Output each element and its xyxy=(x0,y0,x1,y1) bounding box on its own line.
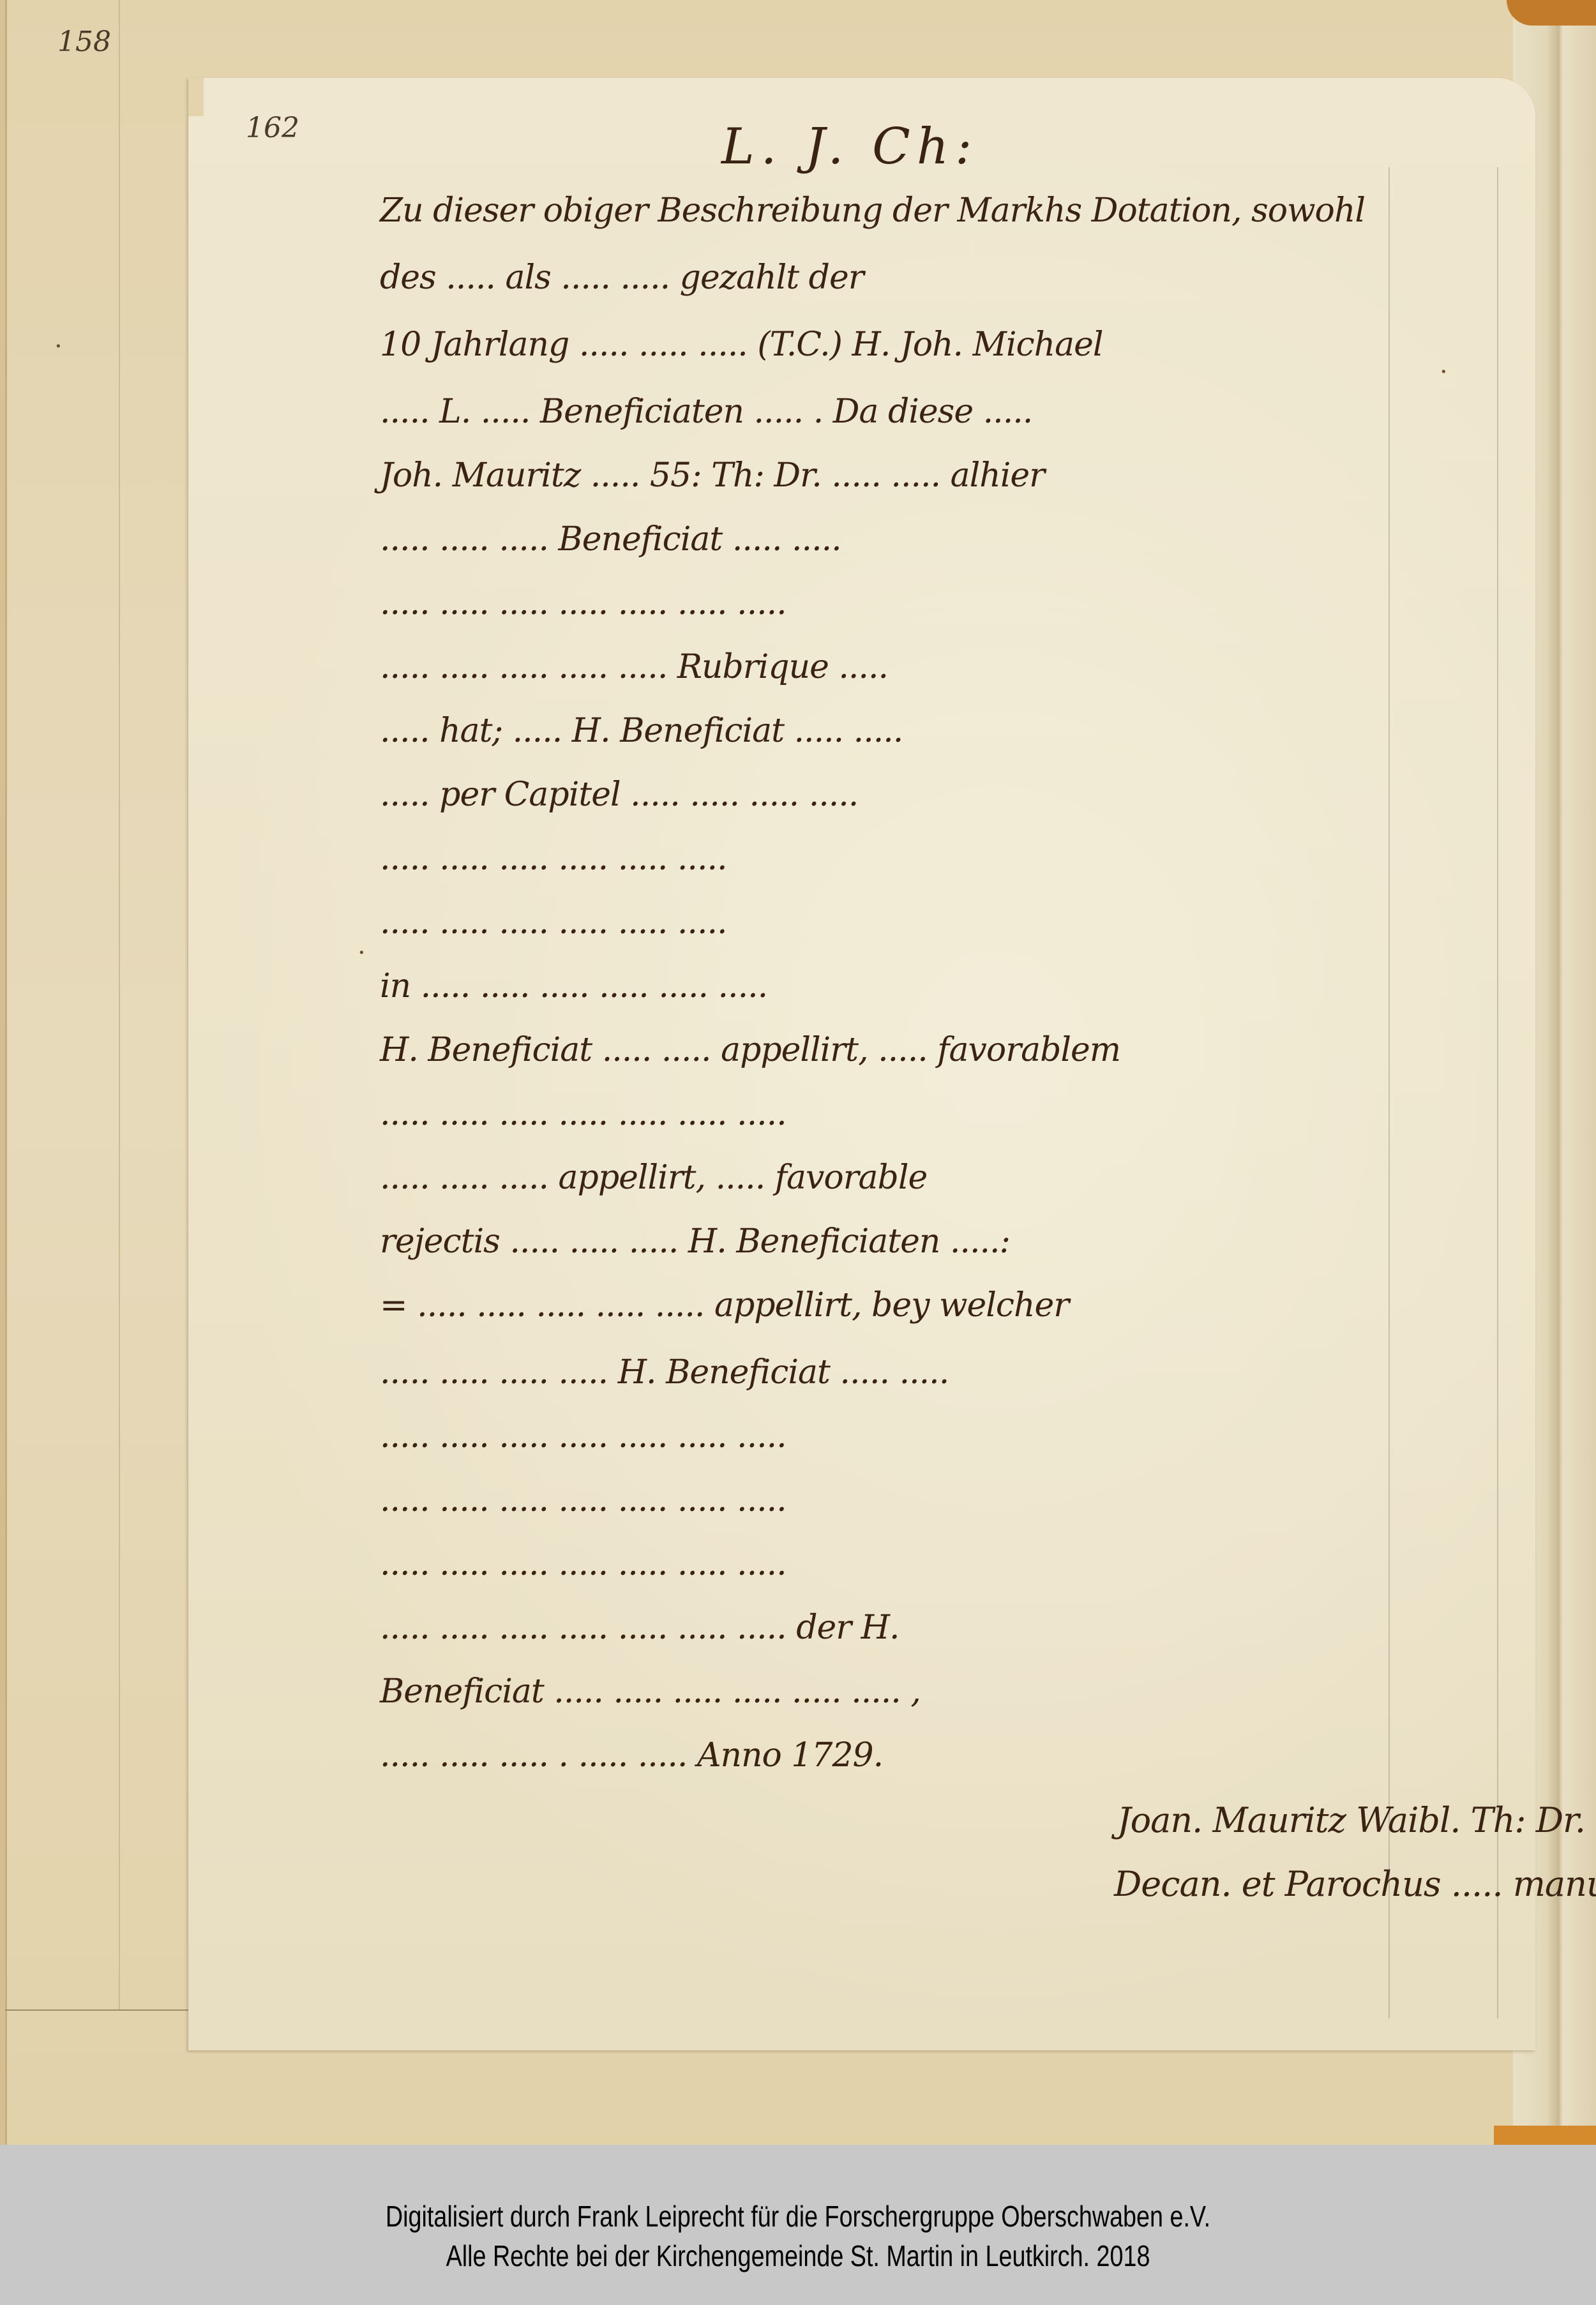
margin-ink-spot: · xyxy=(358,938,366,968)
text-line: ..... ..... ..... ..... ..... ..... xyxy=(380,903,727,942)
signature-title: Decan. et Parochus ..... manu xyxy=(1114,1864,1596,1904)
rights-notice: Alle Rechte bei der Kirchengemeinde St. … xyxy=(144,2239,1452,2273)
text-line: rejectis ..... ..... ..... H. Beneficiat… xyxy=(380,1222,1010,1261)
digitization-credit: Digitalisiert durch Frank Leiprecht für … xyxy=(144,2199,1452,2234)
text-line: des ..... als ..... ..... gezahlt der xyxy=(380,259,864,297)
old-folio-number: 158 xyxy=(57,26,111,58)
text-line: in ..... ..... ..... ..... ..... ..... xyxy=(380,967,767,1005)
text-line: ..... ..... ..... . ..... ..... Anno 172… xyxy=(380,1736,883,1775)
text-line: ..... ..... ..... ..... ..... ..... ....… xyxy=(380,1095,787,1133)
text-line: ..... ..... ..... ..... ..... ..... ....… xyxy=(380,1481,787,1519)
text-line: ..... hat; ..... H. Beneficiat ..... ...… xyxy=(380,712,903,750)
text-line: ..... ..... ..... ..... ..... ..... xyxy=(380,839,727,878)
text-line: ..... ..... ..... Beneficiat ..... ..... xyxy=(380,520,841,559)
background-corner xyxy=(1507,0,1596,26)
background-corner xyxy=(1494,2126,1596,2145)
text-line: ..... ..... ..... ..... ..... ..... ....… xyxy=(380,1545,787,1583)
text-line: ..... ..... ..... ..... ..... ..... ....… xyxy=(380,584,787,622)
text-line: ..... L. ..... Beneficiaten ..... . Da d… xyxy=(380,393,1032,431)
text-line: ..... ..... ..... ..... ..... Rubrique .… xyxy=(380,648,888,686)
text-line: ..... ..... ..... ..... H. Beneficiat ..… xyxy=(380,1353,949,1392)
ruling-line xyxy=(1497,167,1498,2018)
text-line: ..... ..... ..... ..... ..... ..... ....… xyxy=(380,1417,787,1455)
text-line: Zu dieser obiger Beschreibung der Markhs… xyxy=(380,191,1365,230)
page-heading: L. J. Ch: xyxy=(721,118,978,176)
text-line: 10 Jahrlang ..... ..... ..... (T.C.) H. … xyxy=(380,326,1103,364)
signature-name: Joan. Mauritz Waibl. Th: Dr. xyxy=(1117,1800,1585,1840)
text-line: H. Beneficiat ..... ..... appellirt, ...… xyxy=(380,1031,1120,1069)
margin-ink-spot: · xyxy=(1440,357,1448,387)
text-line: ..... per Capitel ..... ..... ..... ....… xyxy=(380,776,858,814)
margin-ink-spot: · xyxy=(54,332,63,361)
text-line: ..... ..... ..... appellirt, ..... favor… xyxy=(380,1159,927,1197)
text-line: Beneficiat ..... ..... ..... ..... .....… xyxy=(380,1672,921,1711)
text-line: = ..... ..... ..... ..... ..... appellir… xyxy=(380,1286,1069,1325)
folio-number: 162 xyxy=(246,112,299,144)
text-line: ..... ..... ..... ..... ..... ..... ....… xyxy=(380,1609,900,1647)
underlying-sheet-edge xyxy=(5,2009,192,2011)
page-fold-line xyxy=(119,0,120,2009)
ruling-line xyxy=(1389,167,1390,2018)
text-line: Joh. Mauritz ..... 55: Th: Dr. ..... ...… xyxy=(380,456,1044,495)
